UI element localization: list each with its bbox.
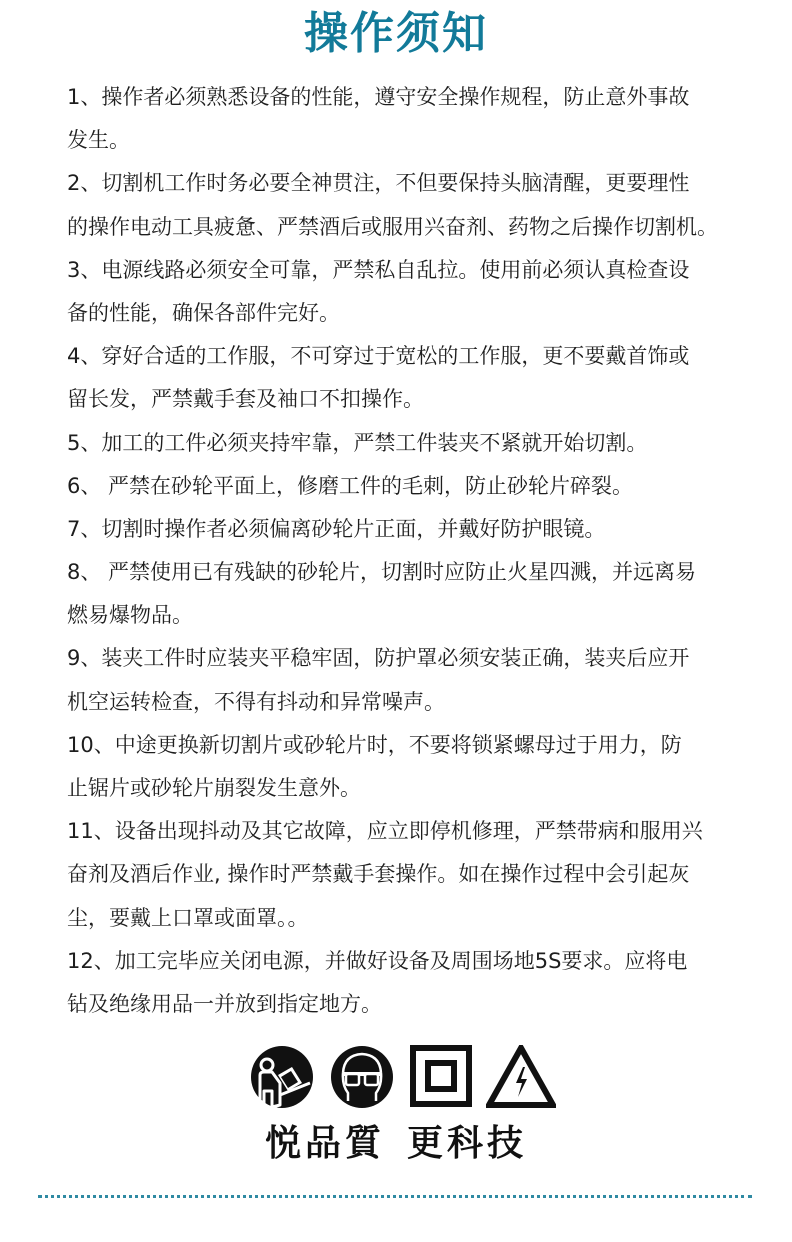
rule-11-line-2: 奋剂及酒后作业, 操作时严禁戴手套操作。如在操作过程中会引起灰 [67, 853, 767, 896]
rule-1-line-2: 发生。 [67, 119, 767, 162]
rule-5-line-1: 5、加工的工件必须夹持牢靠，严禁工件装夹不紧就开始切割。 [67, 422, 767, 465]
rule-12-line-2: 钻及绝缘用品一并放到指定地方。 [67, 983, 767, 1026]
rule-11-line-3: 尘，要戴上口罩或面罩。。 [67, 897, 767, 940]
rule-7-line-1: 7、切割时操作者必须偏离砂轮片正面，并戴好防护眼镜。 [67, 508, 767, 551]
rule-4-line-2: 留长发，严禁戴手套及袖口不扣操作。 [67, 378, 767, 421]
page-title: 操作须知 [0, 4, 792, 64]
slogan-part-1: 悦品質 [265, 1122, 385, 1164]
rule-8-line-2: 燃易爆物品。 [67, 594, 767, 637]
rule-3-line-1: 3、电源线路必须安全可靠，严禁私自乱拉。使用前必须认真检查设 [67, 249, 767, 292]
rule-2-line-1: 2、切割机工作时务必要全神贯注，不但要保持头脑清醒，更要理性 [67, 162, 767, 205]
slogan-part-2: 更科技 [407, 1122, 527, 1164]
dotted-divider [38, 1195, 752, 1198]
rule-6-line-1: 6、 严禁在砂轮平面上，修磨工件的毛刺，防止砂轮片碎裂。 [67, 465, 767, 508]
rule-1-line-1: 1、操作者必须熟悉设备的性能，遵守安全操作规程，防止意外事故 [67, 76, 767, 119]
double-insulation-icon [410, 1045, 472, 1107]
rule-2-line-2: 的操作电动工具疲惫、严禁酒后或服用兴奋剂、药物之后操作切割机。 [67, 206, 767, 249]
high-voltage-warning-icon [486, 1045, 556, 1109]
rule-8-line-1: 8、 严禁使用已有残缺的砂轮片，切割时应防止火星四溅，并远离易 [67, 551, 767, 594]
rule-9-line-1: 9、装夹工件时应装夹平稳牢固，防护罩必须安装正确，装夹后应开 [67, 637, 767, 680]
rule-10-line-2: 止锯片或砂轮片崩裂发生意外。 [67, 767, 767, 810]
rule-4-line-1: 4、穿好合适的工作服，不可穿过于宽松的工作服，更不要戴首饰或 [67, 335, 767, 378]
safety-icons-row [250, 1045, 560, 1109]
rules-list: 1、操作者必须熟悉设备的性能，遵守安全操作规程，防止意外事故 发生。 2、切割机… [67, 76, 767, 1026]
safety-goggles-icon [330, 1045, 394, 1109]
brand-slogan: 悦品質更科技 [0, 1118, 792, 1168]
rule-12-line-1: 12、加工完毕应关闭电源，并做好设备及周围场地5S要求。应将电 [67, 940, 767, 983]
rule-3-line-2: 备的性能，确保各部件完好。 [67, 292, 767, 335]
rule-11-line-1: 11、设备出现抖动及其它故障，应立即停机修理，严禁带病和服用兴 [67, 810, 767, 853]
read-manual-icon [250, 1045, 314, 1109]
rule-10-line-1: 10、中途更换新切割片或砂轮片时，不要将锁紧螺母过于用力，防 [67, 724, 767, 767]
rule-9-line-2: 机空运转检查，不得有抖动和异常噪声。 [67, 681, 767, 724]
